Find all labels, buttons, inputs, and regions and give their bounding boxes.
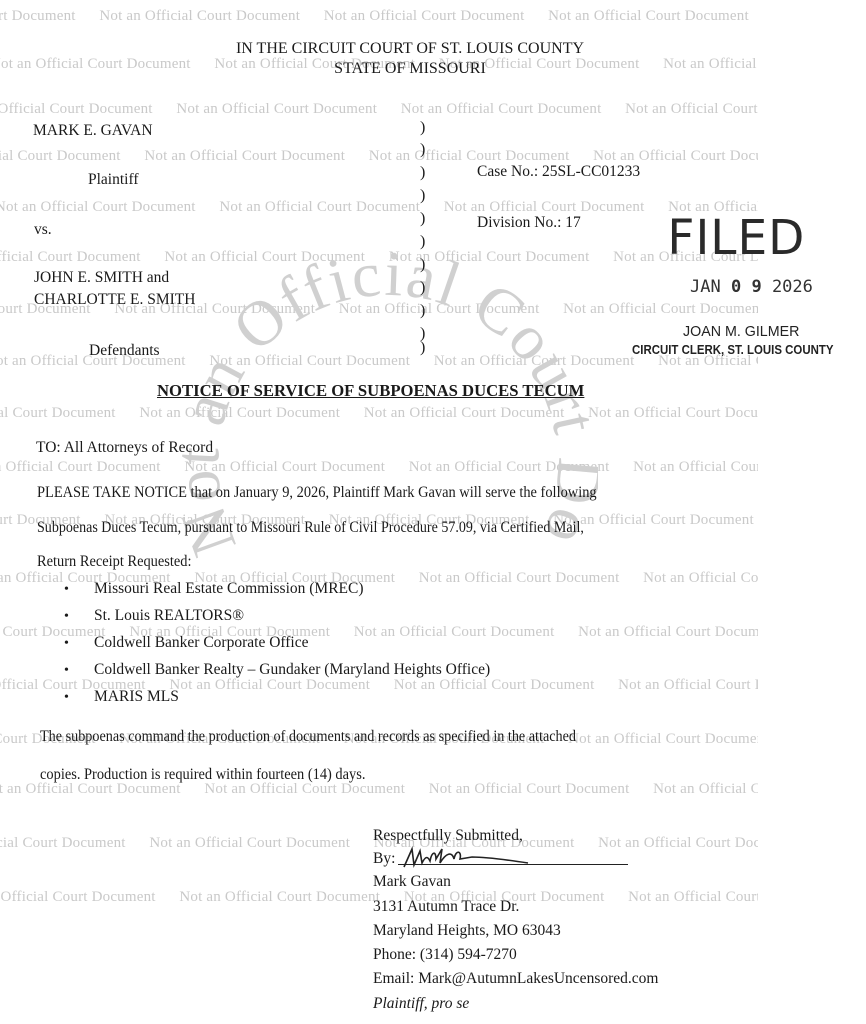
defendants-label: Defendants [89,342,160,360]
clerk-title: CIRCUIT CLERK, ST. LOUIS COUNTY [632,342,833,357]
defendant-name-2: CHARLOTTE E. SMITH [34,291,195,309]
list-item: Coldwell Banker Corporate Office [64,634,490,652]
watermark-row: Not an Official Court Document Not an Of… [0,101,758,118]
caption-paren: ) [420,119,425,137]
filed-month: JAN [690,277,721,297]
list-item: St. Louis REALTORS® [64,607,490,625]
watermark-row: Not an Official Court Document Not an Of… [0,459,758,476]
filed-date: JAN 0 9 2026 [690,277,813,297]
caption-paren: ) [420,164,425,182]
caption-paren: ) [420,279,425,297]
defendant-name-1: JOHN E. SMITH and [34,269,169,287]
filed-year: 2026 [772,277,813,297]
caption-paren: ) [420,187,425,205]
notice-paragraph-line-3: Return Receipt Requested: [37,553,192,571]
signer-name: Mark Gavan [373,873,451,891]
by-label: By: [373,850,395,868]
circular-watermark: Not an Official Court Document [178,215,598,635]
caption-paren: ) [420,256,425,274]
plaintiff-name: MARK E. GAVAN [33,122,153,140]
notice-paragraph-line-1: PLEASE TAKE NOTICE that on January 9, 20… [37,484,597,502]
caption-paren: ) [420,210,425,228]
clerk-name: JOAN M. GILMER [683,323,799,340]
phone: Phone: (314) 594-7270 [373,946,517,964]
watermark-row: Not an Official Court Document Not an Of… [0,249,758,266]
signer-role: Plaintiff, pro se [373,995,469,1013]
recipient-list: Missouri Real Estate Commission (MREC) S… [64,580,490,715]
document-title: NOTICE OF SERVICE OF SUBPOENAS DUCES TEC… [157,381,584,401]
addressee: TO: All Attorneys of Record [36,439,213,457]
court-state: STATE OF MISSOURI [0,60,820,78]
address-line-1: 3131 Autumn Trace Dr. [373,898,519,916]
watermark-row: Not an Official Court Document Not an Of… [0,148,758,165]
production-paragraph-line-1: The subpoenas command the production of … [40,728,576,746]
filed-stamp: FILED [667,210,805,266]
handwritten-signature [402,845,532,875]
watermark-row: Not an Official Court Document Not an Of… [0,199,758,216]
list-item: Coldwell Banker Realty – Gundaker (Maryl… [64,661,490,679]
watermark-row: Not an Official Court Document Not an Of… [0,8,758,25]
caption-paren: ) [420,339,425,357]
production-paragraph-line-2: copies. Production is required within fo… [40,766,365,784]
division-number: Division No.: 17 [477,214,581,232]
watermark-row: Not an Official Court Document Not an Of… [0,405,758,422]
court-name: IN THE CIRCUIT COURT OF ST. LOUIS COUNTY [0,40,820,58]
list-item: MARIS MLS [64,688,490,706]
filed-day: 0 9 [731,277,762,297]
email: Email: Mark@AutumnLakesUncensored.com [373,970,658,988]
signature-line [398,864,628,865]
caption-paren: ) [420,302,425,320]
caption-paren: ) [420,141,425,159]
watermark-layer: Not an Official Court Document Not an Of… [0,0,758,1024]
address-line-2: Maryland Heights, MO 63043 [373,922,561,940]
list-item: Missouri Real Estate Commission (MREC) [64,580,490,598]
caption-paren: ) [420,233,425,251]
notice-paragraph-line-2: Subpoenas Duces Tecum, pursuant to Misso… [37,519,584,537]
plaintiff-label: Plaintiff [88,171,139,189]
closing: Respectfully Submitted, [373,827,523,845]
case-number: Case No.: 25SL-CC01233 [477,163,640,181]
versus-label: vs. [34,221,52,239]
